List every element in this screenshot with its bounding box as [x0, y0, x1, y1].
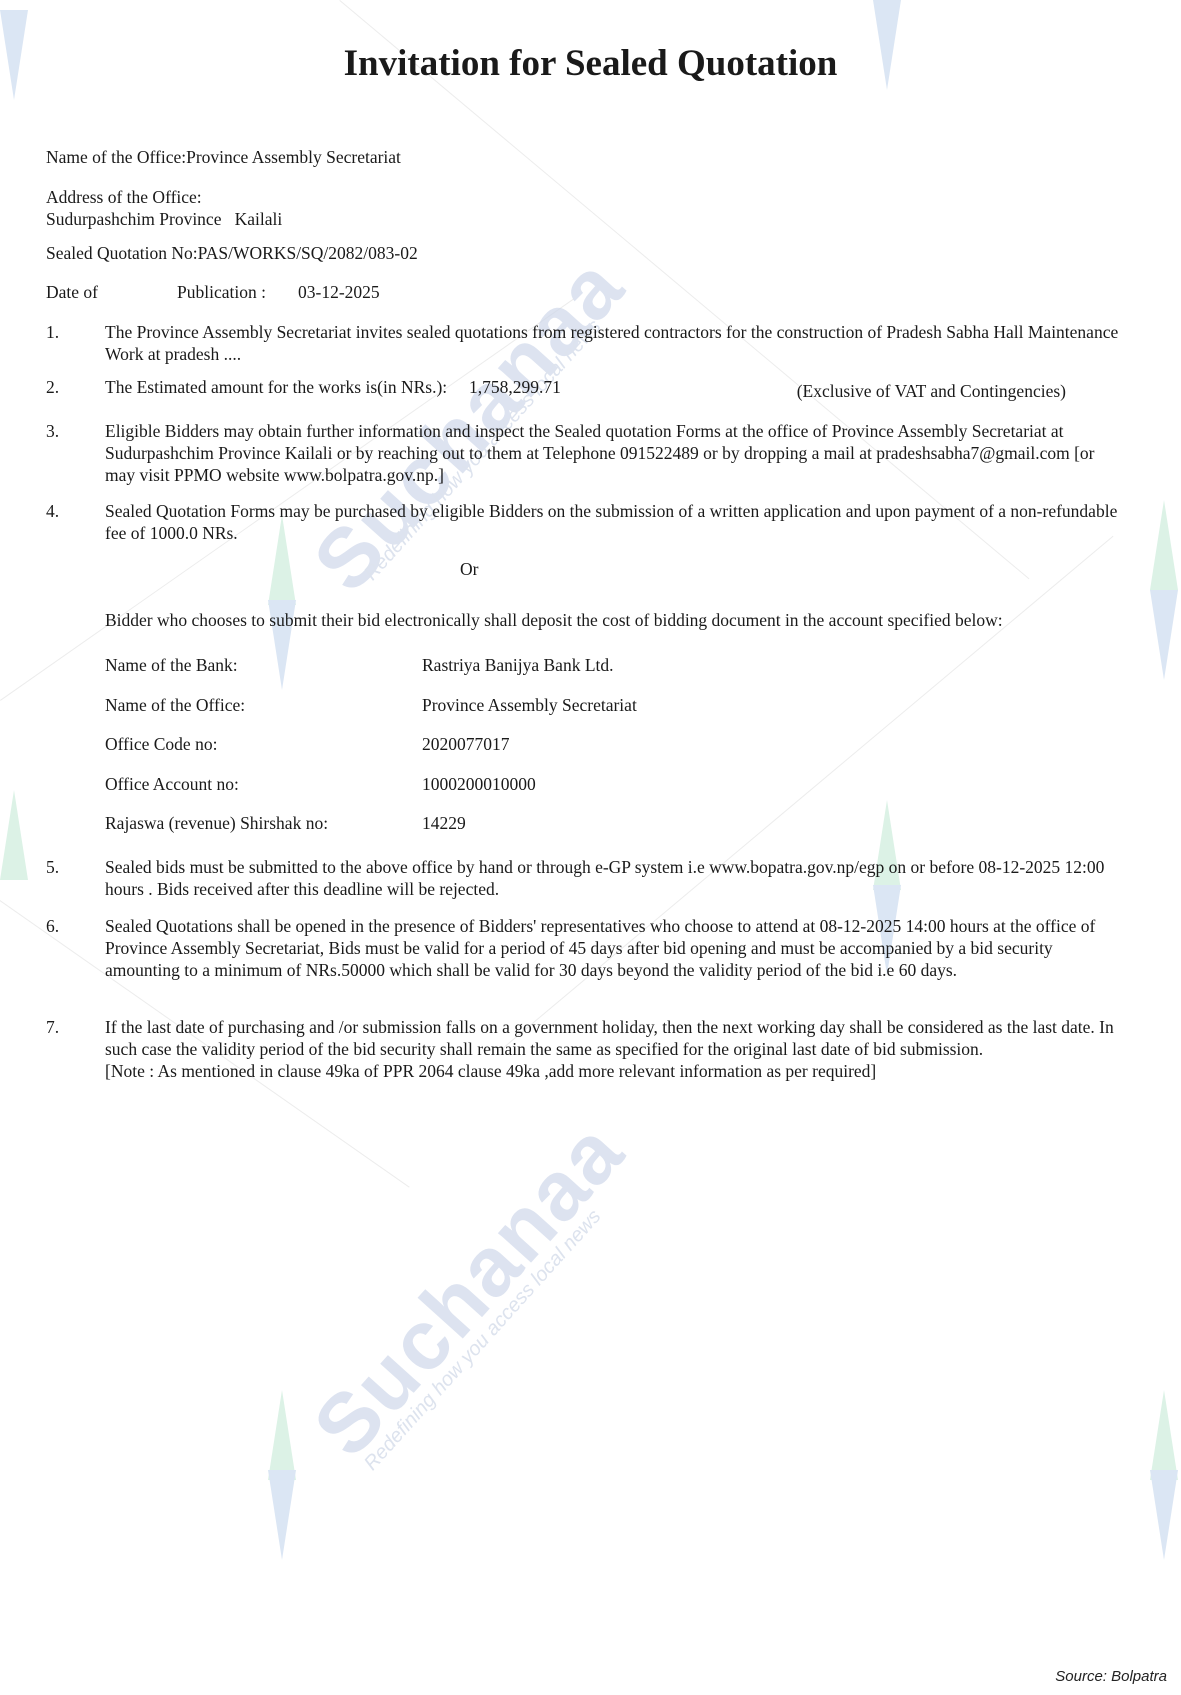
clause-number: 7. [46, 1016, 59, 1038]
address-value: Sudurpashchim Province Kailali [46, 208, 282, 230]
clause-text: Eligible Bidders may obtain further info… [105, 420, 1136, 486]
watermark-brand: Suchanaa [322, 1128, 615, 1450]
clause-note: (Exclusive of VAT and Contingencies) [797, 380, 1066, 402]
date-label: Date of [46, 281, 98, 303]
clause-number: 1. [46, 321, 59, 343]
document-title: Invitation for Sealed Quotation [0, 42, 1181, 86]
bank-value: Rastriya Banijya Bank Ltd. [422, 654, 614, 676]
address-label: Address of the Office: [46, 186, 202, 208]
watermark-line [339, 0, 1029, 579]
clause-3: 3. Eligible Bidders may obtain further i… [46, 420, 1136, 486]
clause-text: The Province Assembly Secretariat invite… [105, 321, 1136, 365]
quotation-number: Sealed Quotation No:PAS/WORKS/SQ/2082/08… [46, 242, 418, 264]
watermark-tagline: Redefining how you access local news [360, 1206, 605, 1475]
clause-number: 6. [46, 915, 59, 937]
clause-text: If the last date of purchasing and /or s… [105, 1016, 1136, 1060]
clause-4: 4. Sealed Quotation Forms may be purchas… [46, 500, 1136, 544]
clause-number: 2. [46, 376, 59, 398]
clause-text: Sealed bids must be submitted to the abo… [105, 856, 1136, 900]
or-separator: Or [460, 558, 478, 580]
watermark-arrow-icon [1150, 1470, 1178, 1560]
source-credit: Source: Bolpatra [1055, 1666, 1167, 1688]
clause-text: Sealed Quotation Forms may be purchased … [105, 500, 1136, 544]
clause-text: Sealed Quotations shall be opened in the… [105, 915, 1136, 981]
bank-label: Name of the Bank: [105, 654, 238, 676]
watermark-arrow-icon [1150, 500, 1178, 590]
clause-number: 3. [46, 420, 59, 442]
bank-label: Rajaswa (revenue) Shirshak no: [105, 812, 328, 834]
clause-1: 1. The Province Assembly Secretariat inv… [46, 321, 1136, 365]
watermark-arrow-icon [1150, 590, 1178, 680]
watermark-arrow-icon [0, 790, 28, 880]
bank-label: Name of the Office: [105, 694, 245, 716]
clause-2: 2. The Estimated amount for the works is… [46, 376, 1136, 398]
watermark-arrow-icon [268, 1470, 296, 1560]
clause-note: [Note : As mentioned in clause 49ka of P… [105, 1060, 1136, 1082]
watermark-arrow-icon [268, 1390, 296, 1480]
bank-value: Province Assembly Secretariat [422, 694, 637, 716]
clause-number: 5. [46, 856, 59, 878]
publication-date: 03-12-2025 [298, 281, 380, 303]
bank-value: 1000200010000 [422, 773, 536, 795]
watermark-arrow-icon [1150, 1390, 1178, 1480]
office-name: Name of the Office:Province Assembly Sec… [46, 146, 401, 168]
clause-6: 6. Sealed Quotations shall be opened in … [46, 915, 1136, 981]
clause-5: 5. Sealed bids must be submitted to the … [46, 856, 1136, 900]
bank-value: 2020077017 [422, 733, 510, 755]
bank-value: 14229 [422, 812, 466, 834]
bank-label: Office Account no: [105, 773, 239, 795]
clause-7: 7. If the last date of purchasing and /o… [46, 1016, 1136, 1082]
clause-number: 4. [46, 500, 59, 522]
publication-label: Publication : [177, 281, 266, 303]
electronic-intro: Bidder who chooses to submit their bid e… [105, 609, 1003, 631]
bank-label: Office Code no: [105, 733, 217, 755]
